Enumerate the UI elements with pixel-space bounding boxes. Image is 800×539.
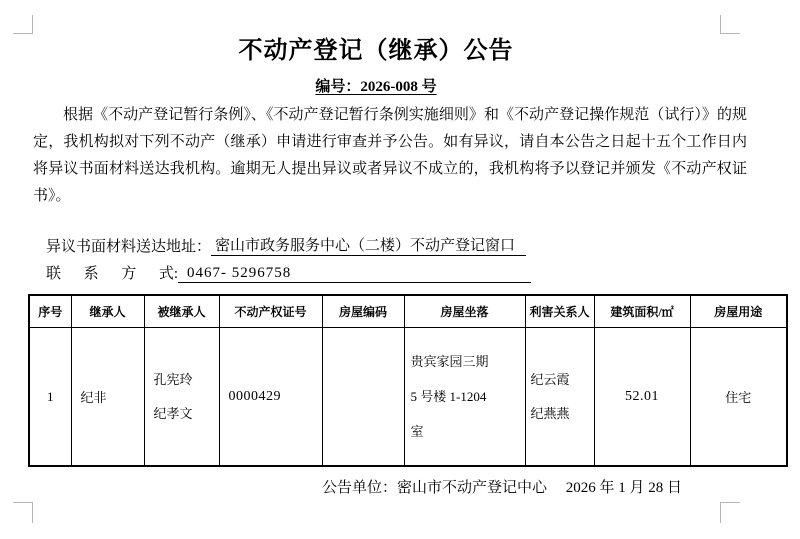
body-paragraph: 根据《不动产登记暂行条例》、《不动产登记暂行条例实施细则》和《不动产登记操作规范…	[33, 102, 747, 210]
document-page: 不动产登记（继承）公告 编号：2026-008 号 根据《不动产登记暂行条例》、…	[0, 0, 800, 539]
footer-issuer-date: 公告单位：密山市不动产登记中心 2026 年 1 月 28 日	[322, 476, 682, 497]
cell-usage: 住宅	[690, 328, 787, 467]
contact-line: 联系方式:0467- 5296758	[46, 262, 531, 283]
page-title: 不动产登记（继承）公告	[0, 30, 752, 65]
col-header-house-code: 房屋编码	[322, 295, 404, 328]
cell-area: 52.01	[594, 328, 690, 467]
margin-mark-bottom-right-icon	[720, 502, 740, 523]
col-header-cert-no: 不动产权证号	[219, 295, 322, 328]
cell-seq: 1	[29, 328, 71, 467]
col-header-seq: 序号	[29, 295, 71, 328]
cell-stakeholders: 纪云霞 纪燕燕	[525, 328, 594, 467]
contact-value: 0467- 5296758	[178, 265, 531, 283]
doc-number-line: 编号：2026-008 号	[0, 75, 752, 96]
doc-number: 编号：2026-008 号	[315, 79, 436, 95]
address-line: 异议书面材料送达地址：密山市政务服务中心（二楼）不动产登记窗口	[46, 234, 526, 256]
table-header-row: 序号 继承人 被继承人 不动产权证号 房屋编码 房屋坐落 利害关系人 建筑面积/…	[29, 295, 787, 328]
contact-label: 联系方式:	[46, 262, 178, 283]
property-table: 序号 继承人 被继承人 不动产权证号 房屋编码 房屋坐落 利害关系人 建筑面积/…	[28, 294, 788, 467]
col-header-area: 建筑面积/㎡	[594, 295, 690, 328]
col-header-location: 房屋坐落	[404, 295, 525, 328]
cell-location: 贵宾家园三期 5 号楼 1-1204 室	[404, 328, 525, 467]
margin-mark-bottom-left-icon	[13, 502, 33, 523]
cell-cert-no: 0000429	[219, 328, 322, 467]
address-label: 异议书面材料送达地址：	[46, 239, 211, 255]
cell-house-code	[322, 328, 404, 467]
col-header-heir: 继承人	[71, 295, 144, 328]
table-row: 1 纪非 孔宪玲 纪孝文 0000429 贵宾家园三期 5 号楼 1-1204 …	[29, 328, 787, 467]
col-header-stakeholders: 利害关系人	[525, 295, 594, 328]
cell-heir: 纪非	[71, 328, 144, 467]
address-value: 密山市政务服务中心（二楼）不动产登记窗口	[211, 234, 526, 256]
cell-decedent: 孔宪玲 纪孝文	[144, 328, 219, 467]
col-header-decedent: 被继承人	[144, 295, 219, 328]
col-header-usage: 房屋用途	[690, 295, 787, 328]
